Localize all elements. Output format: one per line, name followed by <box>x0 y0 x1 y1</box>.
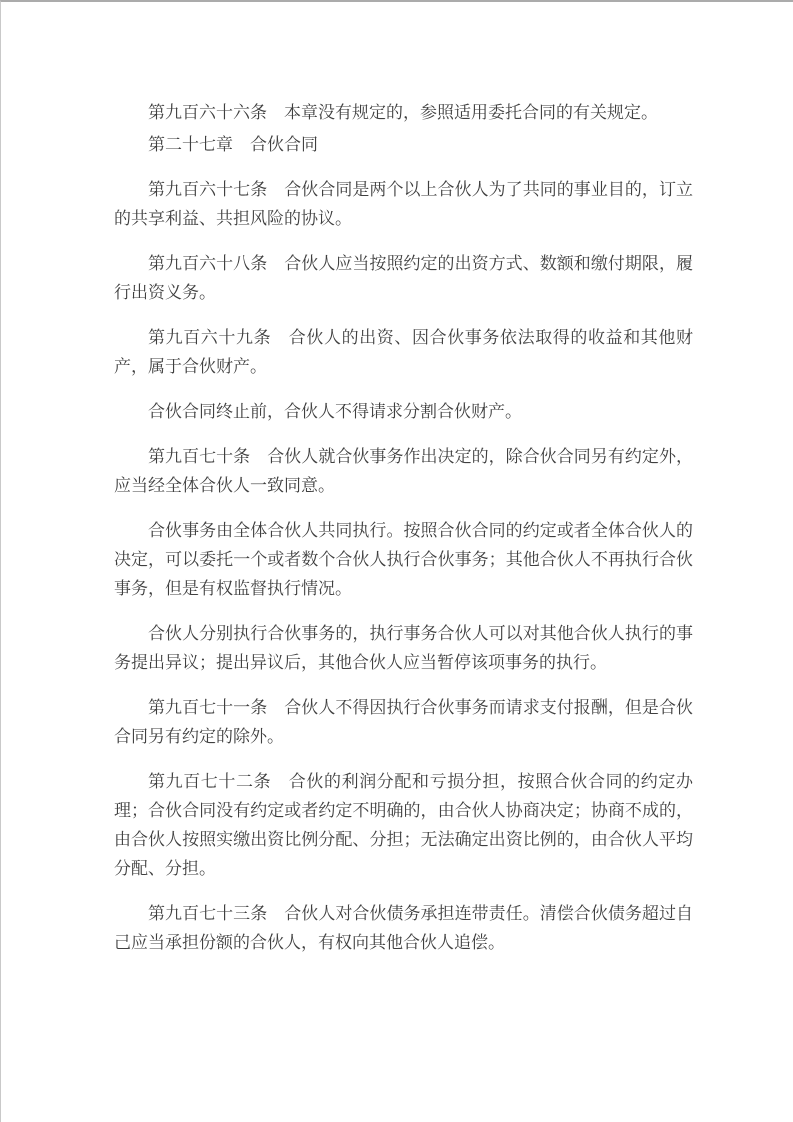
paragraph-article-973: 第九百七十三条 合伙人对合伙债务承担连带责任。清偿合伙债务超过自己应当承担份额的… <box>114 899 693 957</box>
paragraph-article-970-clause-2: 合伙事务由全体合伙人共同执行。按照合伙合同的约定或者全体合伙人的决定，可以委托一… <box>114 516 693 603</box>
paragraph-article-969: 第九百六十九条 合伙人的出资、因合伙事务依法取得的收益和其他财产，属于合伙财产。 <box>114 323 693 381</box>
paragraph-article-967: 第九百六十七条 合伙合同是两个以上合伙人为了共同的事业目的，订立的共享利益、共担… <box>114 175 693 233</box>
paragraph-article-970-clause-3: 合伙人分别执行合伙事务的，执行事务合伙人可以对其他合伙人执行的事务提出异议；提出… <box>114 619 693 677</box>
paragraph-article-968: 第九百六十八条 合伙人应当按照约定的出资方式、数额和缴付期限，履行出资义务。 <box>114 249 693 307</box>
chapter-27-heading: 第二十七章 合伙合同 <box>114 130 693 159</box>
paragraph-article-966: 第九百六十六条 本章没有规定的，参照适用委托合同的有关规定。 <box>114 98 693 127</box>
paragraph-article-972: 第九百七十二条 合伙的利润分配和亏损分担，按照合伙合同的约定办理；合伙合同没有约… <box>114 767 693 883</box>
paragraph-article-969-clause-2: 合伙合同终止前，合伙人不得请求分割合伙财产。 <box>114 397 693 426</box>
document-page: 第九百六十六条 本章没有规定的，参照适用委托合同的有关规定。 第二十七章 合伙合… <box>0 0 793 1122</box>
paragraph-article-971: 第九百七十一条 合伙人不得因执行合伙事务而请求支付报酬，但是合伙合同另有约定的除… <box>114 693 693 751</box>
paragraph-article-970: 第九百七十条 合伙人就合伙事务作出决定的，除合伙合同另有约定外，应当经全体合伙人… <box>114 442 693 500</box>
